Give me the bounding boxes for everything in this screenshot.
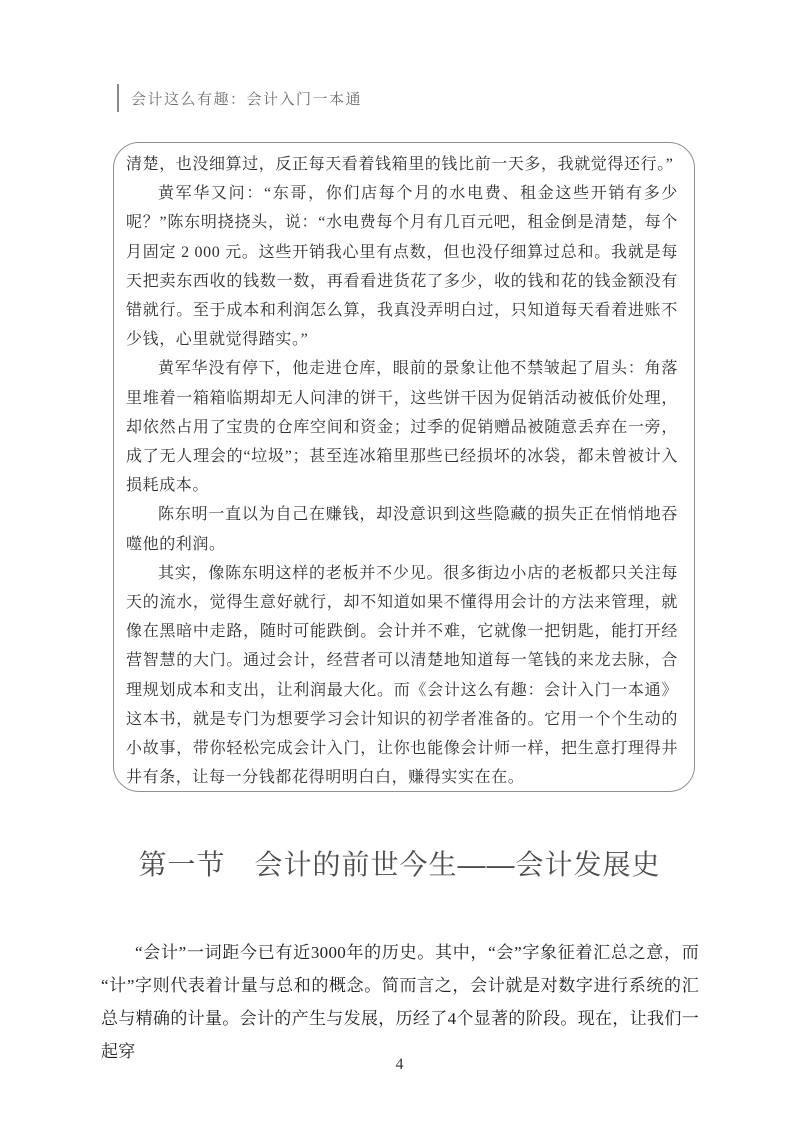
story-paragraph: 黄军华没有停下，他走进仓库，眼前的景象让他不禁皱起了眉头：角落里堆着一箱箱临期却… [126, 354, 678, 500]
running-head-book-title: 会计这么有趣：会计入门一本通 [131, 88, 362, 109]
story-paragraph: 黄军华又问：“东哥，你们店每个月的水电费、租金这些开销有多少呢？”陈东明挠挠头，… [126, 179, 678, 354]
story-paragraph: 其实，像陈东明这样的老板并不少见。很多街边小店的老板都只关注每天的流水，觉得生意… [126, 559, 678, 792]
intro-paragraph: “会计”一词距今已有近3000年的历史。其中，“会”字象征着汇总之意，而“计”字… [101, 936, 699, 1068]
story-paragraph: 清楚，也没细算过，反正每天看着钱箱里的钱比前一天多，我就觉得还行。” [126, 150, 678, 179]
page-number: 4 [0, 1056, 799, 1074]
story-paragraph: 陈东明一直以为自己在赚钱，却没意识到这些隐藏的损失正在悄悄地吞噬他的利润。 [126, 500, 678, 558]
running-head: 会计这么有趣：会计入门一本通 [117, 84, 362, 112]
book-page: { "header": { "book_title": "会计这么有趣：会计入门… [0, 0, 799, 1132]
section-heading: 第一节 会计的前世今生——会计发展史 [0, 843, 799, 883]
running-head-rule [117, 84, 119, 112]
story-box: 清楚，也没细算过，反正每天看着钱箱里的钱比前一天多，我就觉得还行。” 黄军华又问… [113, 142, 695, 792]
